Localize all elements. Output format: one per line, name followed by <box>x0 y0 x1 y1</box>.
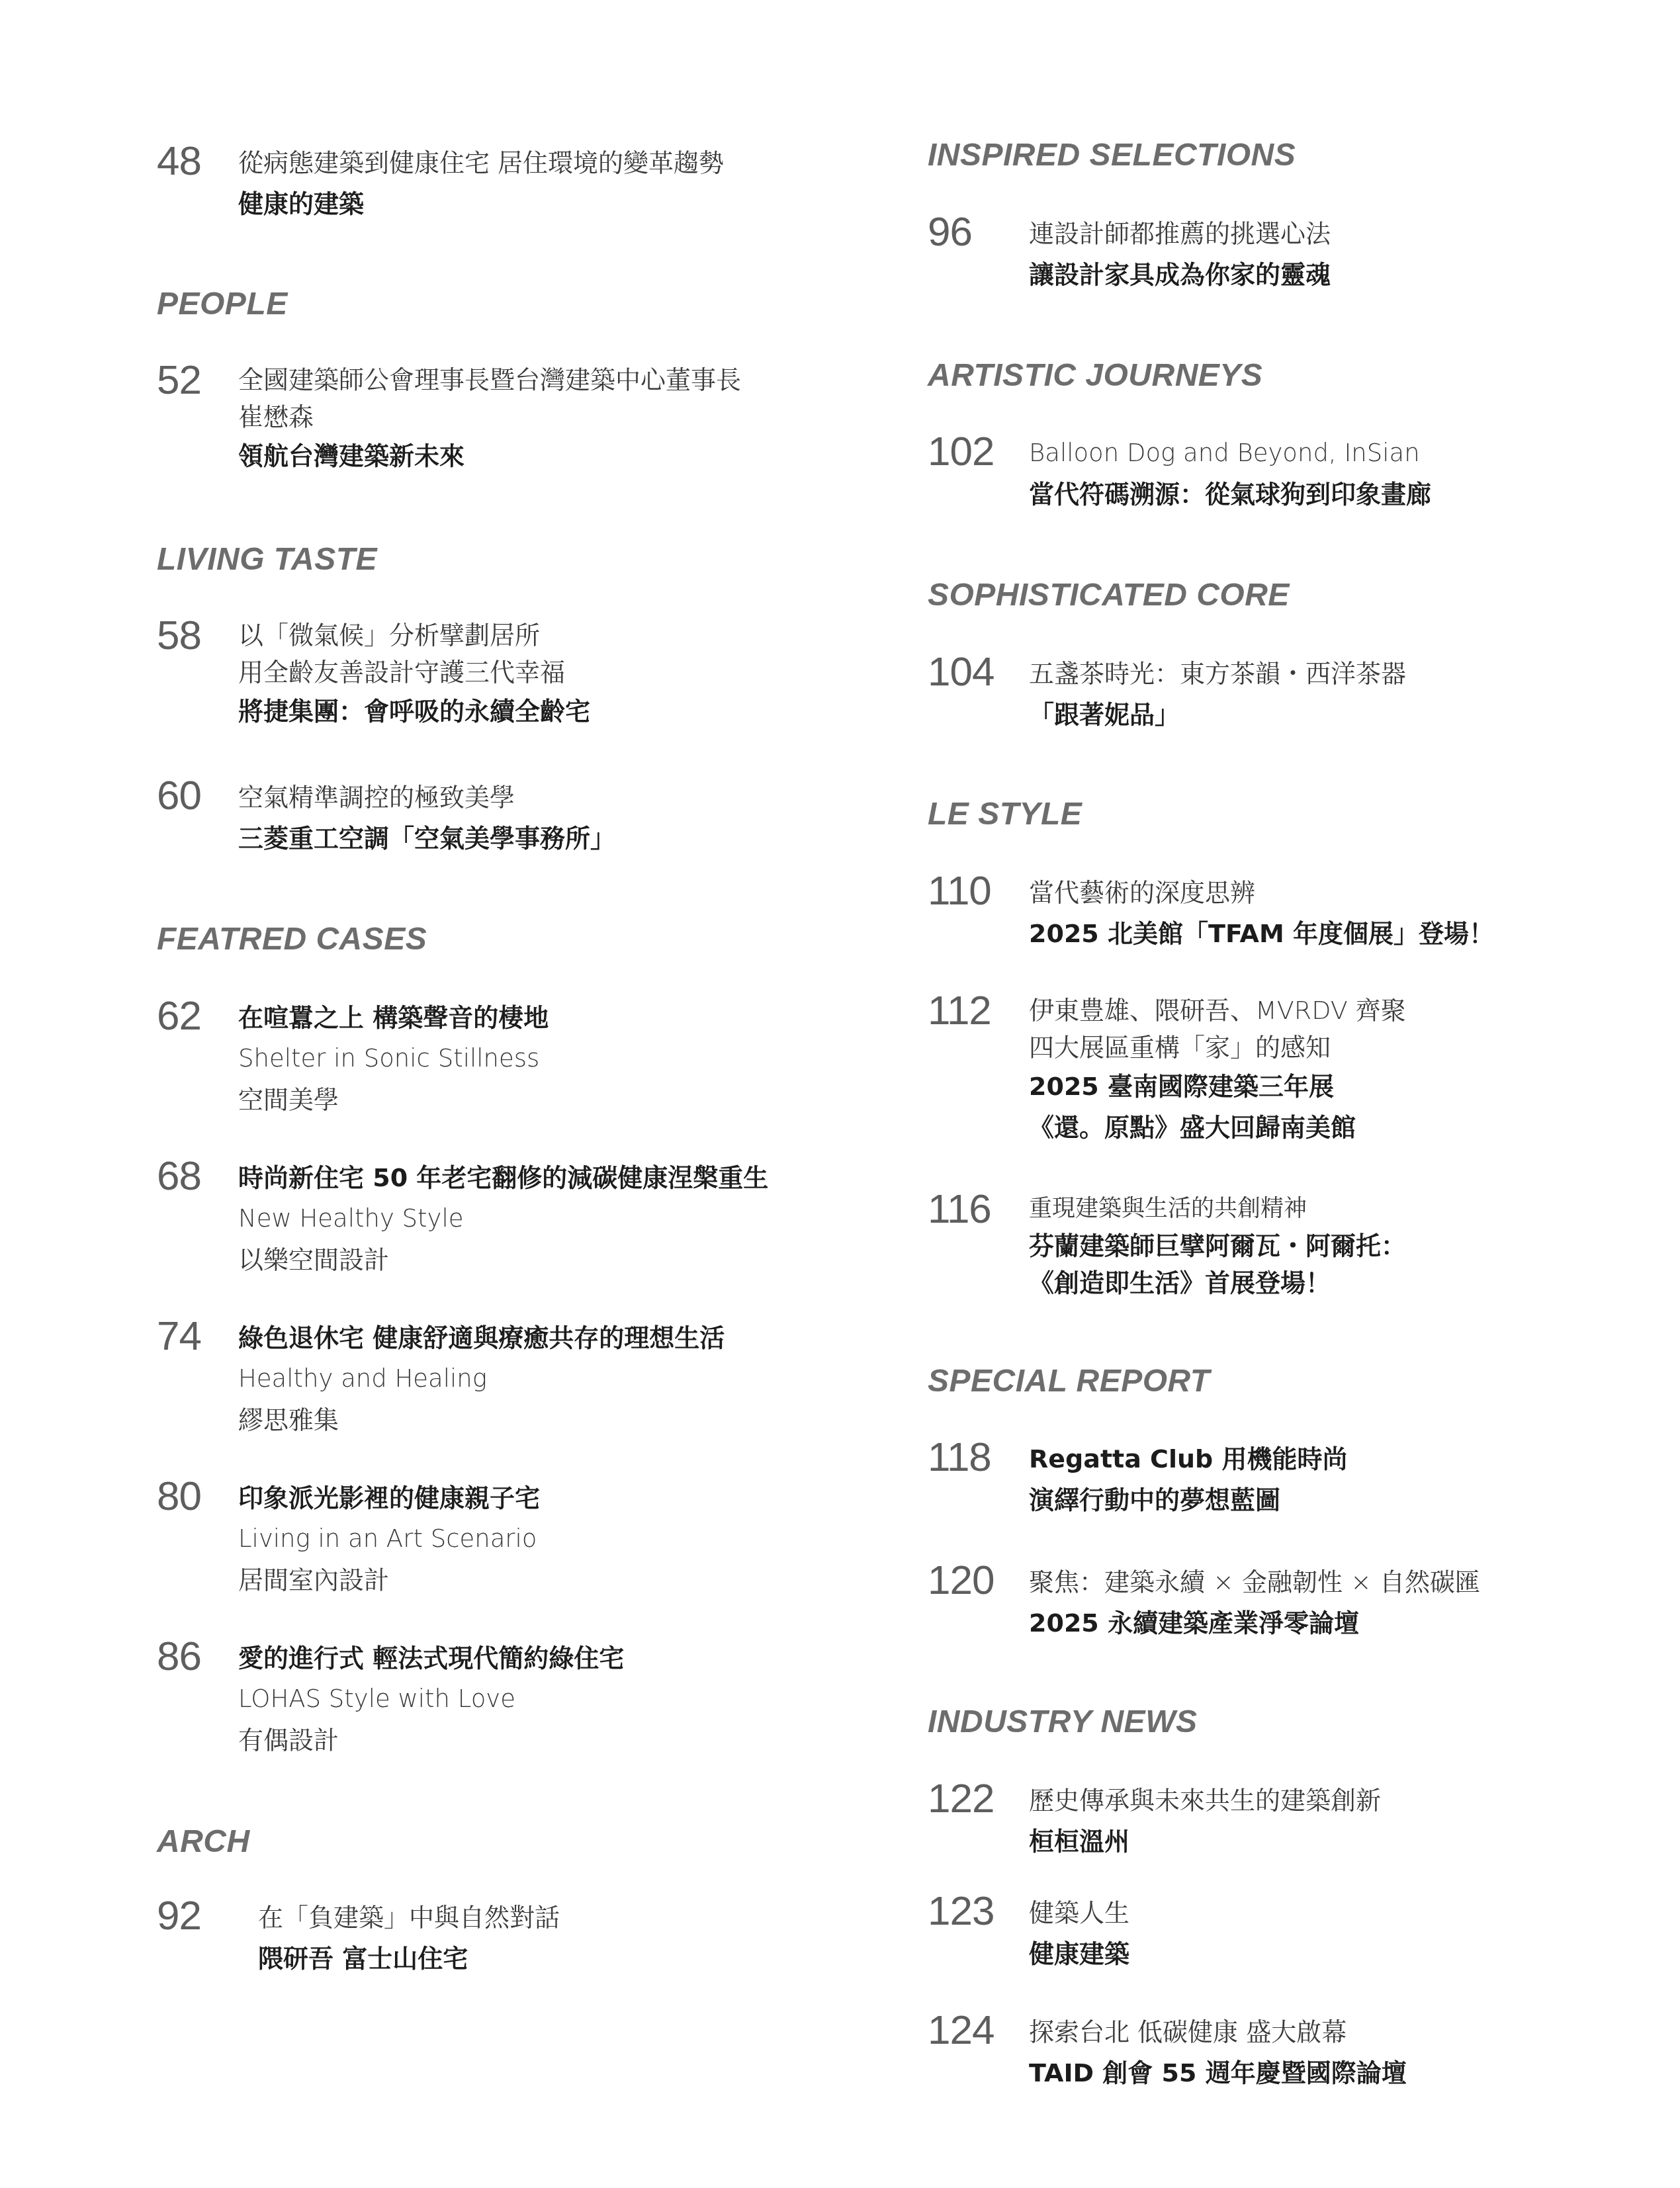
page-number: 62 <box>157 996 201 1037</box>
entry-title: 將捷集團：會呼吸的永續全齡宅 <box>238 691 590 732</box>
entry-subtitle: 聚焦：建築永續 × 金融韌性 × 自然碳匯 <box>1029 1561 1480 1602</box>
entry-text: 探索台北 低碳健康 盛大啟幕 TAID 創會 55 週年慶暨國際論壇 <box>1029 2011 1407 2093</box>
entry-title: 2025 北美館「TFAM 年度個展」登場！ <box>1029 913 1494 954</box>
section-heading-inspired-selections: INSPIRED SELECTIONS <box>928 136 1296 174</box>
page-number: 52 <box>157 360 201 401</box>
entry-credit: 空間美學 <box>238 1079 549 1120</box>
entry-title: 2025 臺南國際建築三年展 <box>1029 1066 1406 1107</box>
entry-title: 芬蘭建築師巨擘阿爾瓦・阿爾托： <box>1029 1227 1406 1264</box>
entry-subtitle: 崔懋森 <box>238 398 741 435</box>
entry-text: 五盞茶時光：東方茶韻・西洋茶器 「跟著妮品」 <box>1029 653 1406 735</box>
entry-text: 從病態建築到健康住宅 居住環境的變革趨勢 健康的建築 <box>238 142 724 224</box>
entry-subtitle: 在「負建築」中與自然對話 <box>258 1897 560 1938</box>
entry-title: 愛的進行式 輕法式現代簡約綠住宅 <box>238 1638 624 1679</box>
entry-text: 聚焦：建築永續 × 金融韌性 × 自然碳匯 2025 永續建築產業淨零論壇 <box>1029 1561 1480 1643</box>
entry-text: 重現建築與生活的共創精神 芬蘭建築師巨擘阿爾瓦・阿爾托： 《創造即生活》首展登場… <box>1029 1190 1406 1301</box>
entry-text: 當代藝術的深度思辨 2025 北美館「TFAM 年度個展」登場！ <box>1029 872 1494 954</box>
entry-text: 綠色退休宅 健康舒適與療癒共存的理想生活 Healthy and Healing… <box>238 1317 725 1440</box>
entry-title: 健康的建築 <box>238 183 724 224</box>
entry-title: 綠色退休宅 健康舒適與療癒共存的理想生活 <box>238 1317 725 1358</box>
entry-subtitle: 全國建築師公會理事長暨台灣建築中心董事長 <box>238 361 741 398</box>
entry-text: 愛的進行式 輕法式現代簡約綠住宅 LOHAS Style with Love 有… <box>238 1638 624 1761</box>
entry-text: 伊東豊雄、隈研吾、MVRDV 齊聚 四大展區重構「家」的感知 2025 臺南國際… <box>1029 992 1406 1148</box>
entry-title: 隈研吾 富士山住宅 <box>258 1938 560 1979</box>
entry-title: 2025 永續建築產業淨零論壇 <box>1029 1602 1480 1643</box>
entry-text: 印象派光影裡的健康親子宅 Living in an Art Scenario 居… <box>238 1477 540 1600</box>
page-number: 58 <box>157 615 201 656</box>
section-heading-featured-cases: FEATRED CASES <box>157 920 427 958</box>
entry-subtitle: 健築人生 <box>1029 1892 1129 1933</box>
section-heading-artistic-journeys: ARTISTIC JOURNEYS <box>928 357 1262 394</box>
entry-subtitle: 用全齡友善設計守護三代幸福 <box>238 654 590 691</box>
entry-subtitle: 空氣精準調控的極致美學 <box>238 777 615 818</box>
page-number: 112 <box>928 990 991 1031</box>
page-number: 92 <box>157 1896 201 1937</box>
entry-text: 歷史傳承與未來共生的建築創新 桓桓溫州 <box>1029 1780 1381 1862</box>
section-heading-living-taste: LIVING TASTE <box>157 541 377 578</box>
entry-subtitle: 當代藝術的深度思辨 <box>1029 872 1494 913</box>
section-heading-special-report: SPECIAL REPORT <box>928 1362 1210 1400</box>
entry-text: 連設計師都推薦的挑選心法 讓設計家具成為你家的靈魂 <box>1029 213 1331 295</box>
page-number: 124 <box>928 2010 994 2051</box>
page-number: 122 <box>928 1778 994 1819</box>
entry-title: 在喧囂之上 構築聲音的棲地 <box>238 997 549 1038</box>
page-number: 116 <box>928 1189 991 1230</box>
entry-credit: 以樂空間設計 <box>238 1239 768 1280</box>
entry-title: 桓桓溫州 <box>1029 1821 1381 1862</box>
entry-subtitle: 從病態建築到健康住宅 居住環境的變革趨勢 <box>238 142 724 183</box>
entry-text: 在「負建築」中與自然對話 隈研吾 富士山住宅 <box>258 1897 560 1979</box>
entry-title: TAID 創會 55 週年慶暨國際論壇 <box>1029 2052 1407 2093</box>
entry-title: 《創造即生活》首展登場！ <box>1029 1264 1406 1301</box>
page-number: 110 <box>928 871 991 912</box>
page-number: 68 <box>157 1156 201 1197</box>
page-number: 123 <box>928 1891 994 1932</box>
entry-title: 印象派光影裡的健康親子宅 <box>238 1477 540 1518</box>
page-number: 74 <box>157 1316 201 1357</box>
entry-text: 全國建築師公會理事長暨台灣建築中心董事長 崔懋森 領航台灣建築新未來 <box>238 361 741 476</box>
page-number: 80 <box>157 1476 201 1517</box>
entry-title: 時尚新住宅 50 年老宅翻修的減碳健康涅槃重生 <box>238 1157 768 1198</box>
page-number: 86 <box>157 1636 201 1677</box>
entry-title: 健康建築 <box>1029 1933 1129 1974</box>
entry-title: Regatta Club 用機能時尚 <box>1029 1438 1347 1479</box>
entry-credit: 有偶設計 <box>238 1720 624 1761</box>
entry-english-title: Living in an Art Scenario <box>238 1518 540 1559</box>
entry-subtitle: 五盞茶時光：東方茶韻・西洋茶器 <box>1029 653 1406 694</box>
entry-title: 「跟著妮品」 <box>1029 694 1406 735</box>
entry-english-title: Healthy and Healing <box>238 1358 725 1399</box>
entry-subtitle: 連設計師都推薦的挑選心法 <box>1029 213 1331 254</box>
entry-credit: 繆思雅集 <box>238 1399 725 1440</box>
section-heading-people: PEOPLE <box>157 285 288 323</box>
entry-title: 演繹行動中的夢想藍圖 <box>1029 1479 1347 1520</box>
entry-subtitle: 以「微氣候」分析擘劃居所 <box>238 617 590 654</box>
entry-english-title: Balloon Dog and Beyond, InSian <box>1029 433 1431 474</box>
entry-text: 空氣精準調控的極致美學 三菱重工空調「空氣美學事務所」 <box>238 777 615 859</box>
entry-subtitle: 四大展區重構「家」的感知 <box>1029 1029 1406 1066</box>
section-heading-arch: ARCH <box>157 1823 250 1860</box>
entry-title: 讓設計家具成為你家的靈魂 <box>1029 254 1331 295</box>
entry-text: Regatta Club 用機能時尚 演繹行動中的夢想藍圖 <box>1029 1438 1347 1520</box>
page-number: 120 <box>928 1560 994 1601</box>
entry-title: 三菱重工空調「空氣美學事務所」 <box>238 818 615 859</box>
entry-english-title: Shelter in Sonic Stillness <box>238 1038 549 1079</box>
entry-title: 領航台灣建築新未來 <box>238 435 741 476</box>
entry-text: 健築人生 健康建築 <box>1029 1892 1129 1974</box>
page-number: 96 <box>928 212 972 253</box>
page-number: 48 <box>157 141 201 182</box>
entry-text: Balloon Dog and Beyond, InSian 當代符碼溯源：從氣… <box>1029 433 1431 515</box>
entry-text: 以「微氣候」分析擘劃居所 用全齡友善設計守護三代幸福 將捷集團：會呼吸的永續全齡… <box>238 617 590 732</box>
entry-subtitle: 重現建築與生活的共創精神 <box>1029 1190 1406 1227</box>
entry-title: 當代符碼溯源：從氣球狗到印象畫廊 <box>1029 474 1431 515</box>
entry-english-title: New Healthy Style <box>238 1198 768 1239</box>
section-heading-industry-news: INDUSTRY NEWS <box>928 1703 1197 1741</box>
page-number: 104 <box>928 652 994 693</box>
entry-text: 在喧囂之上 構築聲音的棲地 Shelter in Sonic Stillness… <box>238 997 549 1120</box>
page-number: 102 <box>928 431 994 472</box>
entry-subtitle: 歷史傳承與未來共生的建築創新 <box>1029 1780 1381 1821</box>
entry-subtitle: 伊東豊雄、隈研吾、MVRDV 齊聚 <box>1029 992 1406 1029</box>
entry-subtitle: 探索台北 低碳健康 盛大啟幕 <box>1029 2011 1407 2052</box>
section-heading-le-style: LE STYLE <box>928 795 1082 833</box>
page-number: 118 <box>928 1437 991 1478</box>
entry-text: 時尚新住宅 50 年老宅翻修的減碳健康涅槃重生 New Healthy Styl… <box>238 1157 768 1280</box>
entry-title: 《還。原點》盛大回歸南美館 <box>1029 1107 1406 1148</box>
entry-credit: 居間室內設計 <box>238 1559 540 1600</box>
entry-english-title: LOHAS Style with Love <box>238 1679 624 1720</box>
page-number: 60 <box>157 775 201 816</box>
section-heading-sophisticated-core: SOPHISTICATED CORE <box>928 576 1290 614</box>
